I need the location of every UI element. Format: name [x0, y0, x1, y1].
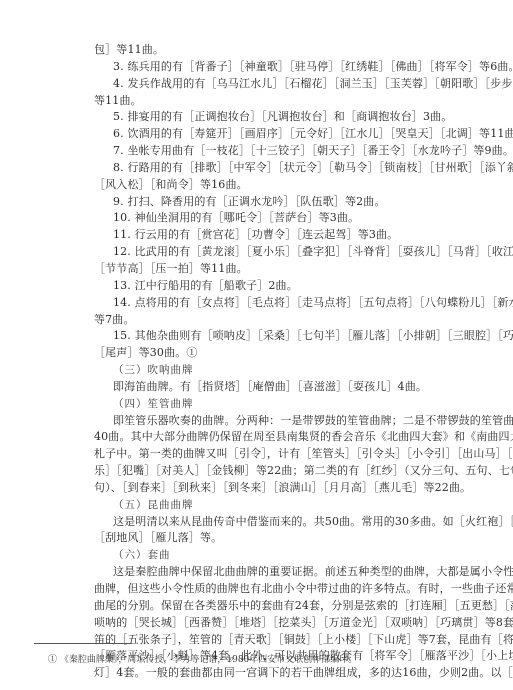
paragraph-kunqu-line: ［刮地风］［雁儿落］等。: [94, 530, 492, 547]
list-item-15: 15. 其他杂曲则有［唢呐皮］［采桑］［七句半］［雁儿落］［小排朝］［三眼腔］［…: [94, 328, 492, 345]
paragraph-taoqu-line: 笛的［五张条子］，笙管的［青天歌］［铜鼓］［上小楼］［下山虎］等7套，昆曲有［将…: [94, 632, 492, 649]
list-item-5: 5. 排宴用的有［正调抱妆台］［凡调抱妆台］和［商调抱妆台］3曲。: [94, 109, 492, 126]
text-line: 包］等11曲。: [94, 42, 492, 59]
list-item-12: 12. 比武用的有［黄龙滚］［夏小乐］［叠字犯］［斗脊背］［耍孩儿］［马背］［收…: [94, 244, 492, 261]
list-item-4: 4. 发兵作战用的有［乌马江水儿］［石榴花］［洞兰玉］［玉芙蓉］［朝阳歌］［步步…: [94, 76, 492, 93]
document-body: 包］等11曲。 3. 练兵用的有［背番子］［神童歌］［驻马停］［红绣鞋］［佛曲］…: [94, 42, 492, 682]
paragraph-taoqu-line: 唢呐的［哭长城］［西番赞］［堆塔］［挖菜头］［万道金光］［双唢呐］［巧璃贯］等8…: [94, 615, 492, 632]
list-item-15-cont: ［尾声］等30曲。①: [94, 345, 492, 362]
paragraph-shengguan-line: 40曲。其中大部分曲牌仍保留在周至县南集贤的香会音乐《北曲四大套》和《南曲四大套…: [94, 429, 492, 446]
list-item-10: 10. 神仙坐洞用的有［哪吒令］［菩萨台］等3曲。: [94, 210, 492, 227]
footnote-divider: [34, 643, 132, 644]
list-item-6: 6. 饮酒用的有［寿筵开］［画眉序］［元令好］［江水儿］［哭皇天］［北调］等11…: [94, 126, 492, 143]
list-item-13: 13. 江中行船用的有［船歌子］2曲。: [94, 278, 492, 295]
list-item-11: 11. 行云用的有［赏宫花］［功曹令］［连云起驾］等3曲。: [94, 227, 492, 244]
section-heading-shengguan: （四）笙管曲牌: [94, 396, 492, 413]
list-item-8-cont: ［风入松］［和尚令］等16曲。: [94, 177, 492, 194]
section-heading-taoqu: （六）套曲: [94, 547, 492, 564]
paragraph-taoqu-line: 曲牌，但这些小令性质的曲牌也有北曲小令中带过曲的许多特点。有时，一些曲子还常有曲…: [94, 581, 492, 598]
paragraph-shengguan: 即笙管乐器吹奏的曲牌。分两种：一是带锣鼓的笙管曲牌；二是不带锣鼓的笙管曲牌。共: [94, 413, 492, 430]
section-heading-suona: （三）吹呐曲牌: [94, 362, 492, 379]
list-item-14: 14. 点将用的有［女点将］［毛点将］［走马点将］［五句点将］［八句蝶粉儿］［新…: [94, 295, 492, 312]
paragraph-taoqu: 这是秦腔曲牌中保留北曲曲牌的重要证据。前述五种类型的曲牌，大都是属小令性质的单只: [94, 564, 492, 581]
list-item-14-cont: 等7曲。: [94, 312, 492, 329]
paragraph-shengguan-line: 札子中。第一类的曲牌又叫［引令］，计有［笙管头］［引令头］［小令引］［出山马］［…: [94, 446, 492, 463]
footnote: ① 《秦腔曲牌集》，周坛传授，李力等记谱，1980年西安市文联创作部编印。: [48, 653, 357, 667]
list-item-12-cont: ［节节高］［压一拍］等11曲。: [94, 261, 492, 278]
paragraph-kunqu: 这是明清以来从昆曲传奇中借鉴而来的。共50曲。常用的30多曲。如［火红袍］［封王…: [94, 514, 492, 531]
paragraph-taoqu-line: 曲尾的分别。保留在各类器乐中的套曲有24套，分别是弦索的［打连厢］［五更愁］［荡…: [94, 598, 492, 615]
list-item-7: 7. 坐帐专用曲有［一枝花］［十三铰子］［朝天子］［番王令］［水龙吟子］等9曲。: [94, 143, 492, 160]
paragraph-suona: 即海笛曲牌。有［指贤塔］［庵僧曲］［喜滋滋］［耍孩儿］4曲。: [94, 379, 492, 396]
list-item-4-cont: 等11曲。: [94, 93, 492, 110]
paragraph-taoqu-line: 灯］4套。一般的套曲都由同一宫调下的若干曲牌组成，多的达16曲，少则2曲。以［堆…: [94, 665, 492, 682]
paragraph-shengguan-line: 乐］［犯嘴］［对美人］［金钱柳］等22曲；第二类的有［红纱］（又分三句、五句、七…: [94, 463, 492, 480]
list-item-3: 3. 练兵用的有［背番子］［神童歌］［驻马停］［红绣鞋］［佛曲］［将军令］等6曲…: [94, 59, 492, 76]
list-item-8: 8. 行路用的有［排歌］［中军令］［状元令］［勒马令］［锁南枝］［甘州歌］［添丫…: [94, 160, 492, 177]
section-heading-kunqu: （五）昆曲曲牌: [94, 497, 492, 514]
paragraph-shengguan-line: 句）、［到春来］［到秋来］［到冬来］［浪满山］［月月高］［燕儿毛］等22曲。: [94, 480, 492, 497]
list-item-9: 9. 打扫、降香用的有［正调水龙吟］［队伍歌］等2曲。: [94, 194, 492, 211]
